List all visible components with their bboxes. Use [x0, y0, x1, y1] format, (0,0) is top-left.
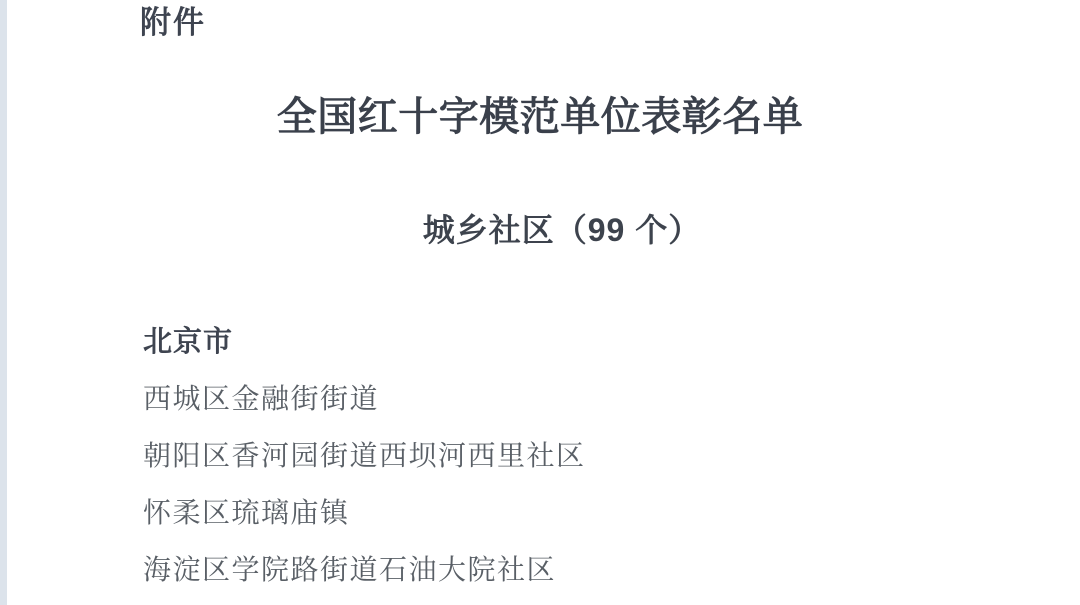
category-subtitle: 城乡社区（99 个） [44, 211, 1080, 249]
page-edge-strip [0, 0, 7, 605]
document-title: 全国红十字模范单位表彰名单 [0, 93, 1080, 141]
list-item: 西城区金融街街道 [143, 383, 379, 417]
list-item: 怀柔区琉璃庙镇 [143, 497, 350, 531]
list-item: 海淀区学院路街道石油大院社区 [143, 554, 556, 588]
document-page: 附件 全国红十字模范单位表彰名单 城乡社区（99 个） 北京市 西城区金融街街道… [0, 0, 1080, 605]
list-item: 朝阳区香河园街道西坝河西里社区 [143, 440, 586, 474]
region-heading: 北京市 [143, 325, 233, 360]
attachment-label: 附件 [140, 4, 206, 41]
